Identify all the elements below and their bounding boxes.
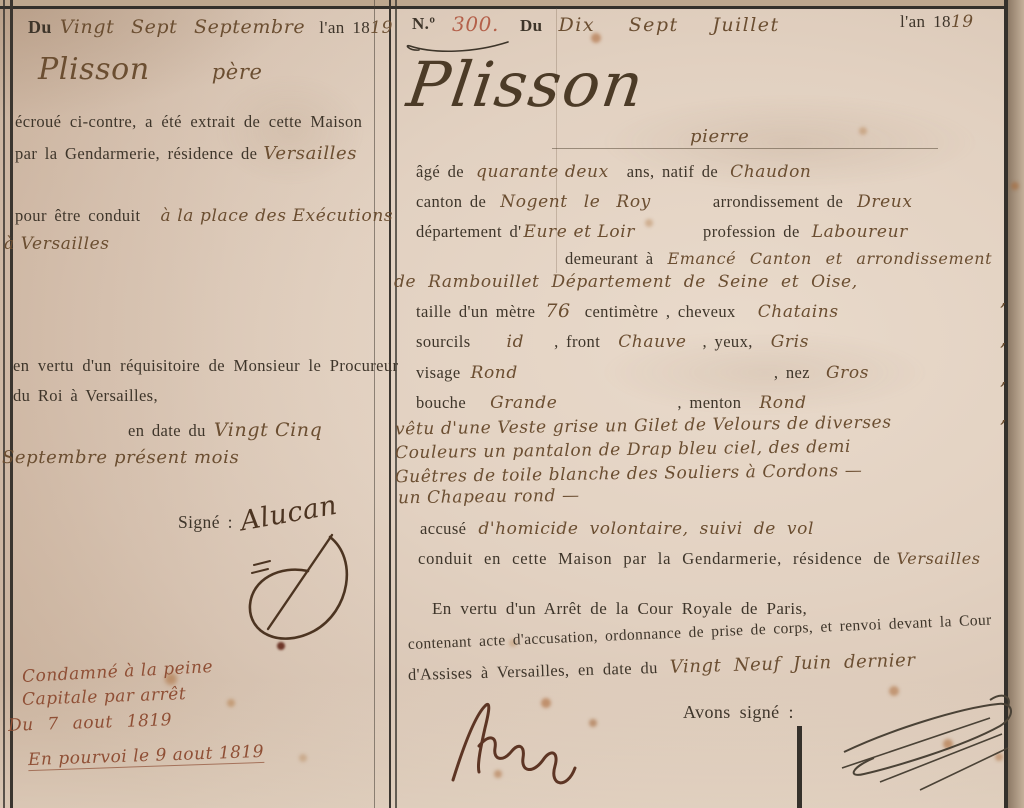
- visage-label: visage: [416, 363, 461, 382]
- taille-value: 76: [545, 300, 570, 322]
- profession-label: profession de: [703, 222, 800, 241]
- right-year-printed: l'an 18: [900, 12, 951, 31]
- margin-comma: ,: [1000, 403, 1007, 427]
- prisoner-name-suffix: père: [212, 60, 263, 84]
- clothing-line-1: vêtu d'une Veste grise un Gilet de Velou…: [395, 413, 892, 440]
- left-column-edge-rule: [374, 0, 375, 808]
- conduit-destination-2: à Versailles: [4, 234, 110, 254]
- right-year-line: l'an 1819: [900, 12, 974, 32]
- sourcils-line: sourcils id , front Chauve , yeux, Gris: [416, 332, 809, 352]
- yeux-label: , yeux,: [703, 332, 753, 351]
- prisoner-firstname: pierre: [690, 126, 749, 147]
- sourcils-label: sourcils: [416, 332, 471, 351]
- clothing-line-3: Guêtres de toile blanche des Souliers à …: [395, 461, 863, 488]
- visage-value: Rond: [471, 363, 518, 383]
- left-year-handwritten: 19: [370, 18, 393, 38]
- extract-line-2-printed: par la Gendarmerie, résidence de: [15, 144, 257, 163]
- arrondissement-label: arrondissement de: [713, 192, 843, 211]
- left-date-handwritten: Vingt Sept Septembre: [60, 16, 305, 38]
- accusation-line: accusé d'homicide volontaire, suivi de v…: [420, 519, 814, 539]
- menton-label: , menton: [677, 393, 741, 412]
- cheveux-label: centimètre , cheveux: [585, 302, 736, 321]
- yeux-value: Gris: [771, 332, 809, 352]
- menton-value: Rond: [759, 393, 806, 413]
- nez-value: Gros: [826, 363, 869, 383]
- clothing-line-2: Couleurs un pantalon de Drap bleu ciel, …: [395, 437, 851, 463]
- top-border-rule: [0, 6, 1024, 9]
- front-label: , front: [554, 332, 600, 351]
- conduit-label: pour être conduit: [15, 206, 141, 225]
- register-page-scan: Du Vingt Sept Septembre l'an 1819 Plisso…: [0, 0, 1024, 808]
- conduit-line: pour être conduit à la place des Exécuti…: [15, 206, 393, 226]
- register-number-value: 300.: [452, 12, 499, 36]
- departement-label: département d': [416, 222, 522, 241]
- taille-label: taille d'un mètre: [416, 302, 535, 321]
- extract-line-2: par la Gendarmerie, résidence de Versail…: [15, 143, 357, 164]
- signature-director-icon: [840, 690, 1015, 795]
- left-name-line: Plisson père: [38, 52, 263, 87]
- right-date-prefix: Du: [520, 16, 543, 35]
- annotation-line-4: En pourvoi le 9 aout 1819: [28, 742, 265, 770]
- name-baseline-rule: [552, 148, 938, 149]
- age-value: quarante deux: [476, 162, 609, 182]
- margin-comma: ,: [1000, 365, 1007, 389]
- bouche-label: bouche: [416, 393, 466, 412]
- canton-line: canton de Nogent le Roy arrondissement d…: [416, 192, 913, 212]
- date-value: Vingt Cinq: [214, 419, 323, 441]
- accuse-label: accusé: [420, 519, 466, 538]
- annotation-line-3: Du 7 aout 1819: [8, 710, 173, 736]
- conduit-residence-value: Versailles: [897, 549, 981, 568]
- bouche-value: Grande: [490, 393, 557, 413]
- birthplace-value: Chaudon: [730, 162, 811, 182]
- domicile-value-1: Emancé Canton et arrondissement: [667, 249, 992, 268]
- right-date-line: Du Dix Sept Juillet: [520, 14, 780, 36]
- register-number-label: N.º: [412, 14, 435, 34]
- cheveux-value: Chatains: [758, 302, 839, 322]
- accuse-value: d'homicide volontaire, suivi de vol: [478, 519, 814, 539]
- canton-value: Nogent le Roy: [500, 192, 651, 212]
- domicile-value-2: de Rambouillet Département de Seine et O…: [394, 272, 858, 292]
- age-suffix: ans, natif de: [627, 162, 718, 181]
- left-date-of-order: en date du Vingt Cinq: [128, 419, 322, 441]
- front-value: Chauve: [618, 332, 686, 352]
- extract-residence: Versailles: [263, 143, 357, 164]
- sourcils-value: id: [507, 332, 525, 352]
- arret-line-1: En vertu d'un Arrêt de la Cour Royale de…: [432, 599, 807, 619]
- signature-alucan-flourish-icon: [240, 533, 360, 645]
- domicile-line: demeurant à Emancé Canton et arrondissem…: [565, 249, 992, 269]
- center-divider-rule-1: [389, 0, 391, 808]
- taille-line: taille d'un mètre 76 centimètre , cheveu…: [416, 300, 839, 322]
- domicile-label: demeurant à: [565, 249, 653, 268]
- age-line: âgé de quarante deux ans, natif de Chaud…: [416, 162, 811, 182]
- signature-clerk-icon: [445, 698, 580, 793]
- conduit-maison-printed: conduit en cette Maison par la Gendarmer…: [418, 549, 891, 568]
- extract-line-1: écroué ci-contre, a été extrait de cette…: [15, 112, 362, 132]
- departement-line: département d' Eure et Loir profession d…: [416, 222, 908, 242]
- left-date-line: Du Vingt Sept Septembre l'an 1819: [28, 16, 393, 38]
- center-divider-rule-2: [395, 0, 397, 808]
- age-label: âgé de: [416, 162, 464, 181]
- canton-label: canton de: [416, 192, 486, 211]
- signe-label: Signé :: [178, 512, 233, 533]
- date-value-2: Septembre présent mois: [2, 447, 239, 468]
- prisoner-name: Plisson: [38, 52, 150, 87]
- bouche-line: bouche Grande , menton Rond: [416, 393, 807, 413]
- margin-comma: ,: [1000, 326, 1007, 350]
- signature-alucan: Alucan: [238, 490, 340, 538]
- clothing-line-4: un Chapeau rond —: [398, 486, 580, 509]
- avons-signe-label: Avons signé :: [683, 702, 794, 723]
- right-year-handwritten: 19: [951, 12, 974, 32]
- annotation-line-2: Capitale par arrêt: [22, 684, 187, 710]
- requisitoire-line-1: en vertu d'un réquisitoire de Monsieur l…: [13, 356, 398, 376]
- arret-line-3-printed: d'Assises à Versailles, en date du: [408, 658, 658, 684]
- profession-value: Laboureur: [812, 222, 908, 242]
- annotation-line-1: Condamné à la peine: [22, 657, 214, 687]
- departement-value: Eure et Loir: [524, 222, 636, 242]
- right-page-edge: [1008, 0, 1024, 808]
- conduit-maison-line: conduit en cette Maison par la Gendarmer…: [418, 549, 981, 569]
- conduit-destination: à la place des Exécutions: [161, 206, 394, 226]
- prisoner-name-large: Plisson: [403, 48, 650, 121]
- ink-stroke-mark: [797, 726, 802, 808]
- right-date-handwritten: Dix Sept Juillet: [559, 14, 780, 36]
- margin-comma: ,: [1000, 286, 1007, 310]
- left-year-printed: l'an 18: [319, 18, 370, 37]
- requisitoire-line-2: du Roi à Versailles,: [13, 386, 158, 406]
- date-label: en date du: [128, 421, 206, 440]
- nez-label: , nez: [774, 363, 810, 382]
- left-date-prefix: Du: [28, 17, 52, 37]
- top-margin-strip: [0, 0, 1024, 6]
- arret-date-value: Vingt Neuf Juin dernier: [669, 650, 915, 678]
- visage-line: visage Rond , nez Gros: [416, 363, 869, 383]
- arrondissement-value: Dreux: [857, 192, 912, 212]
- left-border-rule-outer: [3, 0, 5, 808]
- arret-line-3: d'Assises à Versailles, en date du Vingt…: [408, 650, 916, 685]
